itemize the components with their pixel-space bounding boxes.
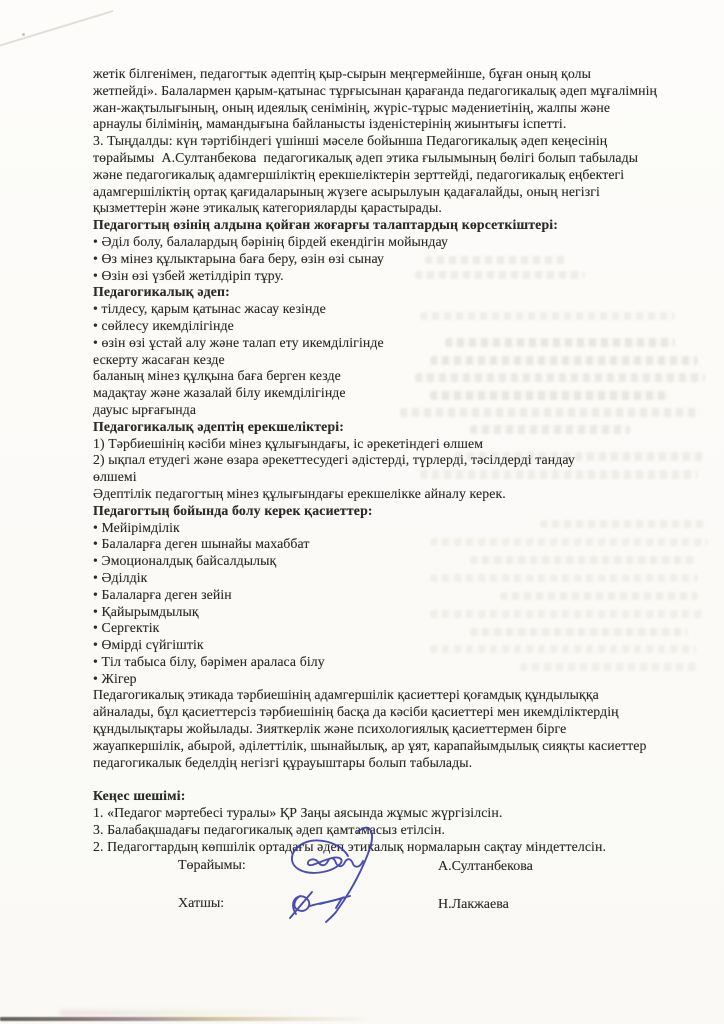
document-line: адамгершіліктің ортақ қағидаларының жүзе… <box>93 184 693 201</box>
document-body: жетік білгенімен, педагогтык әдептің қыр… <box>93 66 693 855</box>
document-line: • өзін өзі ұстай алу және талап ету икем… <box>93 335 693 352</box>
document-line: қызметтерін және этикалық категорияларды… <box>93 200 693 217</box>
document-line: және педагогикалық адамгершіліктің ерекш… <box>93 167 693 184</box>
document-line: баланың мінез құлқына баға берген кезде <box>93 368 693 385</box>
document-line: жетпейді». Балалармен қарым-қатынас тұрғ… <box>93 83 693 100</box>
document-line: • Жігер <box>93 671 693 688</box>
document-line: • Өзін өзі үзбей жетілдіріп тұру. <box>93 268 693 285</box>
document-line: • Балаларға деген зейін <box>93 587 693 604</box>
document-line: төрайымы А.Султанбекова педагогикалық әд… <box>93 150 693 167</box>
scan-edge-artifact-bottom <box>0 1017 372 1021</box>
secretary-name: Н.Лакжаева <box>438 897 509 913</box>
document-line: жетік білгенімен, педагогтык әдептің қыр… <box>93 66 693 83</box>
document-line: Педагогикалық этикада тәрбиешінің адамге… <box>93 687 693 704</box>
chair-name: А.Султанбекова <box>438 859 533 875</box>
document-line: 2) ықпал етудегі және өзара әрекеттесуде… <box>93 452 693 469</box>
document-line: жан-жақтылығының, оның идеялық сенімінің… <box>93 100 693 117</box>
document-line: • Өмірді сүйгіштік <box>93 637 693 654</box>
scan-edge-artifact-top-left <box>0 10 114 48</box>
document-line: 1. «Педагог мәртебесі туралы» ҚР Заңы ая… <box>93 805 693 822</box>
document-line: өлшемі <box>93 469 693 486</box>
scan-speck <box>22 33 25 36</box>
document-line: • Тіл табыса білу, бәрімен араласа білу <box>93 654 693 671</box>
document-line: Педагогикалық әдеп: <box>93 284 693 301</box>
document-line: • сөйлесу икемділігінде <box>93 318 693 335</box>
document-line: • Мейірімділік <box>93 520 693 537</box>
scanned-document-page: жетік білгенімен, педагогтык әдептің қыр… <box>0 0 724 1024</box>
document-line: ескерту жасаған кезде <box>93 352 693 369</box>
document-line: • тілдесу, қарым қатынас жасау кезінде <box>93 301 693 318</box>
document-line: • Өз мінез құлыктарына баға беру, өзін ө… <box>93 251 693 268</box>
document-line: педагогикалык беделдің негізгі құрауышта… <box>93 755 693 772</box>
document-line: 1) Тәрбиешінің кәсіби мінез құлығындағы,… <box>93 436 693 453</box>
document-line: • Әділдік <box>93 570 693 587</box>
document-line: 3. Тыңдалды: күн тәртібіндегі үшінші мәс… <box>93 133 693 150</box>
scan-edge-haze <box>60 1010 320 1016</box>
document-line: Педагогикалық әдептің ерекшеліктері: <box>93 419 693 436</box>
document-line: Әдептілік педагогтың мінез құлығындағы е… <box>93 486 693 503</box>
document-line: • Балаларға деген шынайы махаббат <box>93 536 693 553</box>
document-line: 2. Педагогтардың көпшілік ортадағы әдеп … <box>93 839 693 856</box>
document-line: • Сергектік <box>93 620 693 637</box>
document-line: дауыс ырғағында <box>93 402 693 419</box>
document-line: • Әділ болу, балалардың бәрінің бірдей е… <box>93 234 693 251</box>
document-line: • Эмоционалдық байсалдылық <box>93 553 693 570</box>
document-line <box>93 771 693 788</box>
document-line: Педагогтың бойында болу керек қасиеттер: <box>93 503 693 520</box>
chair-label: Төрайымы: <box>178 858 246 874</box>
secretary-label: Хатшы: <box>178 896 224 912</box>
document-line: құндылықтары жойылады. Зияткерлік және п… <box>93 721 693 738</box>
document-line: арнаулы білімінің, мамандығына байланыст… <box>93 116 693 133</box>
document-line: жауапкершілік, абырой, әділеттілік, шына… <box>93 738 693 755</box>
document-line: Педагогтың өзінің алдына қойған жоғарғы … <box>93 217 693 234</box>
document-line: 3. Балабақшадағы педагогикалық әдеп қамт… <box>93 822 693 839</box>
document-line: • Қайырымдылық <box>93 604 693 621</box>
document-line: Кеңес шешімі: <box>93 788 693 805</box>
document-line: мадақтау және жазалай білу икемділігінде <box>93 385 693 402</box>
document-line: айналады, бұл қасиеттерсіз тәрбиешінің б… <box>93 704 693 721</box>
